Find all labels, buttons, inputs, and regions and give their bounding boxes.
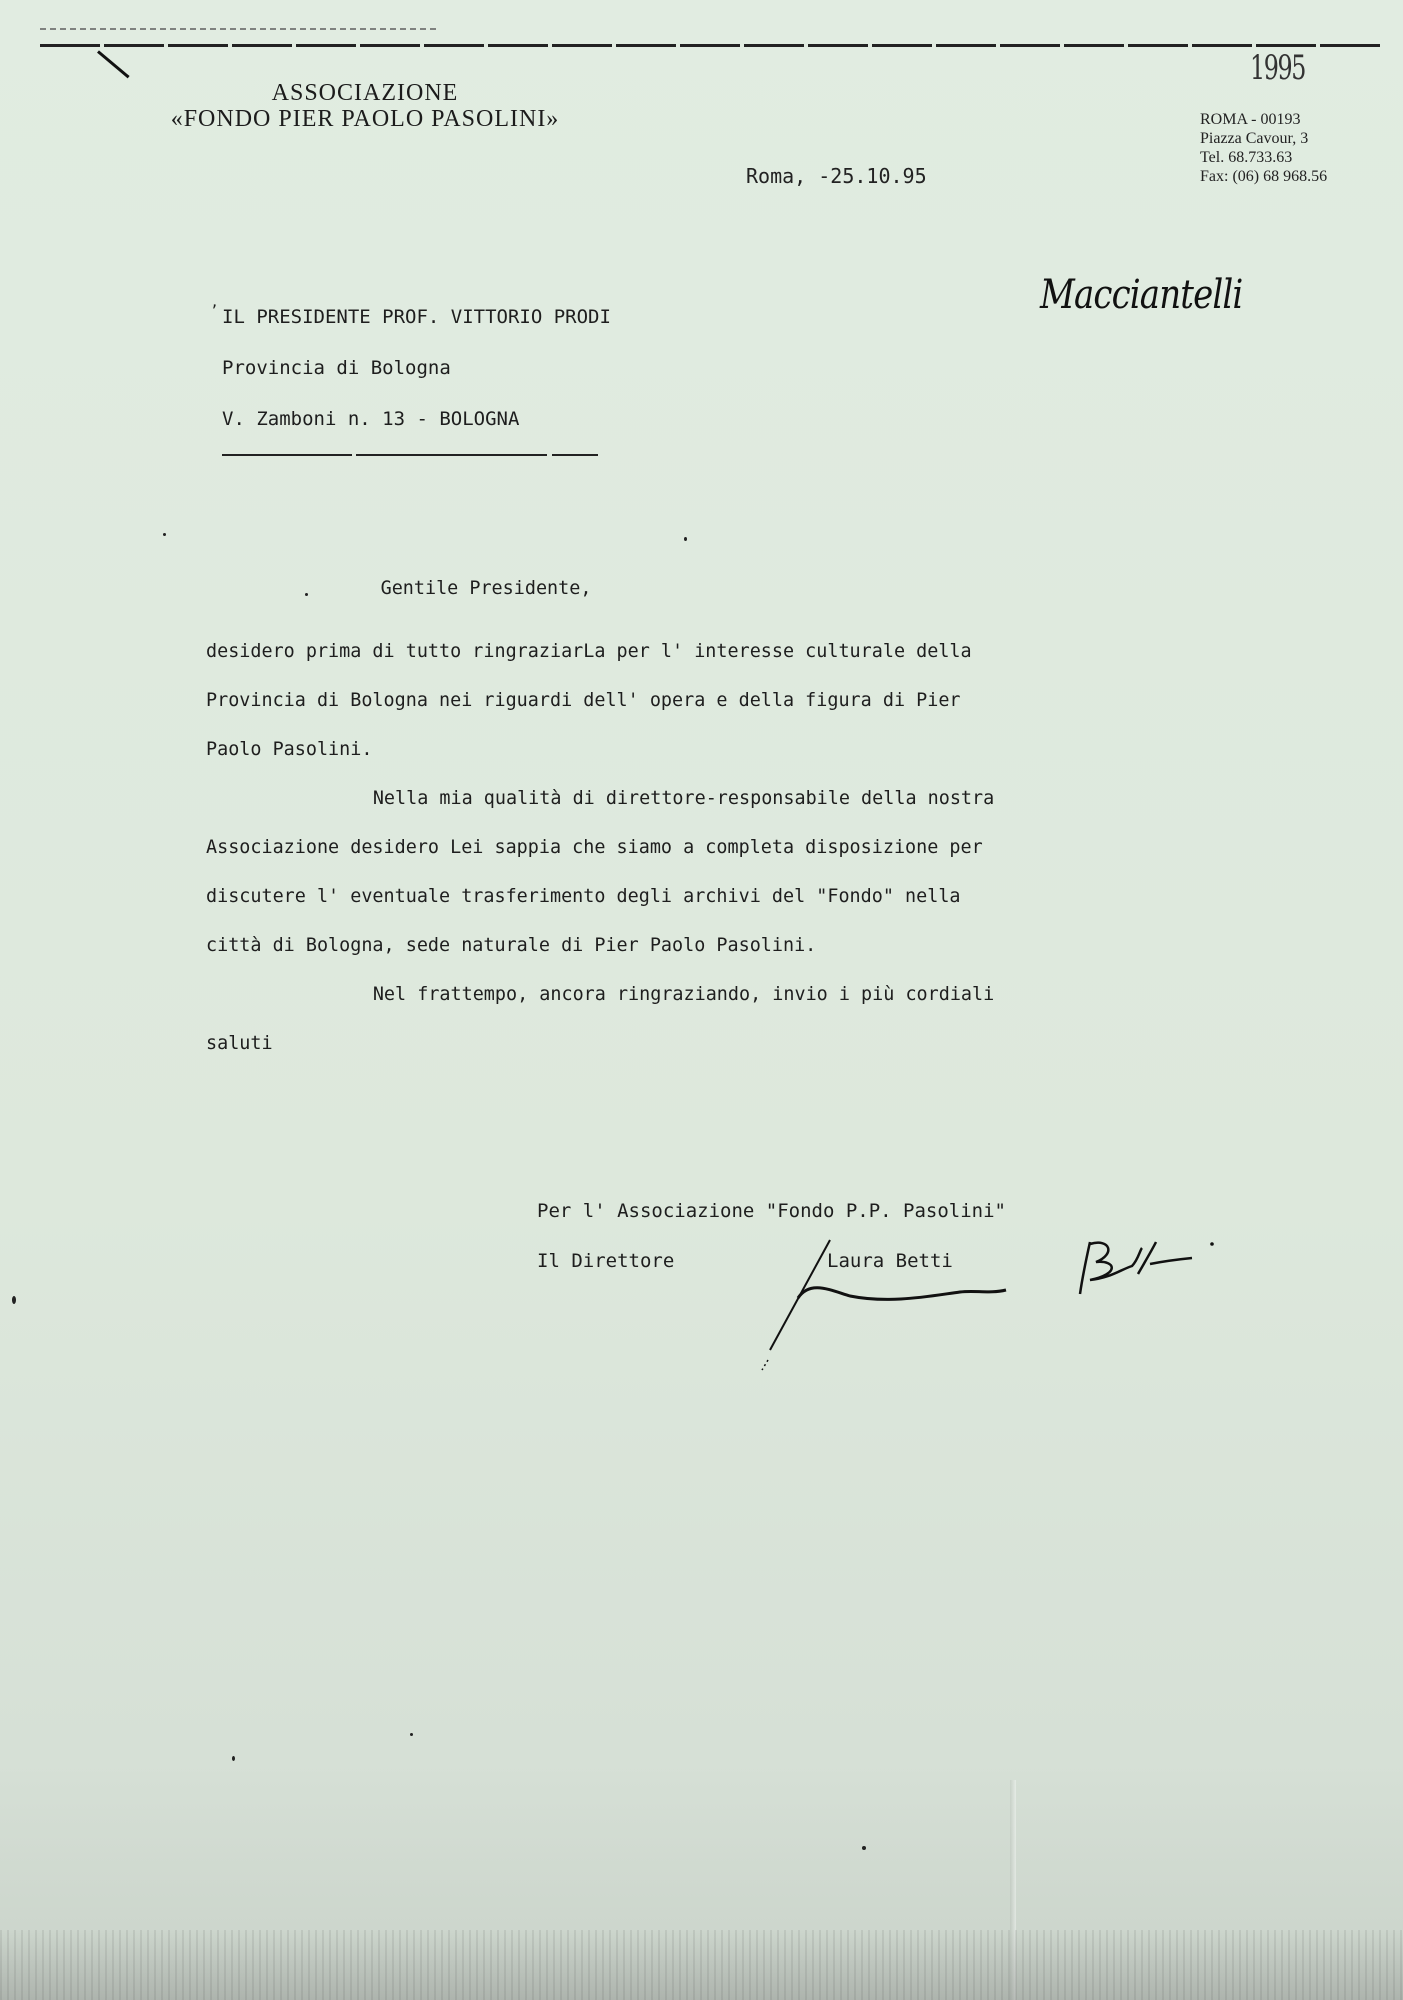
greeting: Gentile Presidente,	[206, 564, 1176, 613]
scan-artifact-line	[40, 28, 440, 30]
recipient-line-2: Provincia di Bologna	[222, 343, 611, 394]
paragraph-1-line: Paolo Pasolini.	[206, 725, 1176, 774]
paragraph-2-line: discutere l' eventuale trasferimento deg…	[206, 872, 1176, 921]
paragraph-1-line: Provincia di Bologna nei riguardi dell' …	[206, 676, 1176, 725]
handwritten-year: 1995	[1250, 48, 1305, 88]
sender-tel: Tel. 68.733.63	[1200, 148, 1327, 167]
scan-speck	[410, 1733, 413, 1736]
recipient-block: ʼ IL PRESIDENTE PROF. VITTORIO PRODI Pro…	[222, 292, 611, 445]
paragraph-3-line: saluti	[206, 1019, 1176, 1068]
scan-speck	[862, 1846, 866, 1850]
recipient-line-1: IL PRESIDENTE PROF. VITTORIO PRODI	[222, 292, 611, 343]
scan-speck	[305, 593, 308, 596]
letter-page: ASSOCIAZIONE «FONDO PIER PAOLO PASOLINI»…	[0, 0, 1403, 2000]
recipient-line-3: V. Zamboni n. 13 - BOLOGNA	[222, 394, 611, 445]
sender-street: Piazza Cavour, 3	[1200, 129, 1327, 148]
header-rule	[40, 44, 1380, 47]
letterhead: ASSOCIAZIONE «FONDO PIER PAOLO PASOLINI»	[145, 80, 585, 132]
paragraph-3-line: Nel frattempo, ancora ringraziando, invi…	[206, 970, 994, 1019]
sender-fax: Fax: (06) 68 968.56	[1200, 167, 1327, 186]
letter-body: Gentile Presidente, desidero prima di tu…	[206, 564, 1176, 1068]
sender-city: ROMA - 00193	[1200, 110, 1327, 129]
scan-speck	[163, 533, 166, 536]
scan-speck	[684, 537, 687, 541]
signature-icon	[760, 1220, 1240, 1380]
tick-mark-icon: ʼ	[210, 286, 218, 337]
handwritten-annotation: Macciantelli	[1040, 272, 1242, 318]
paragraph-2-line: città di Bologna, sede naturale di Pier …	[206, 921, 1176, 970]
scan-noise	[0, 1930, 1403, 2000]
corner-mark	[97, 50, 130, 78]
letter-date: Roma, -25.10.95	[746, 164, 927, 188]
scan-speck	[12, 1296, 16, 1304]
sender-address: ROMA - 00193 Piazza Cavour, 3 Tel. 68.73…	[1200, 110, 1327, 186]
paragraph-2-line: Associazione desidero Lei sappia che sia…	[206, 823, 1176, 872]
paragraph-1-line: desidero prima di tutto ringraziarLa per…	[206, 627, 1176, 676]
recipient-underline	[222, 454, 598, 456]
letterhead-line-1: ASSOCIAZIONE	[145, 80, 585, 106]
scan-speck	[232, 1756, 235, 1761]
paragraph-2-line: Nella mia qualità di direttore-responsab…	[206, 774, 994, 823]
letterhead-line-2: «FONDO PIER PAOLO PASOLINI»	[145, 106, 585, 132]
